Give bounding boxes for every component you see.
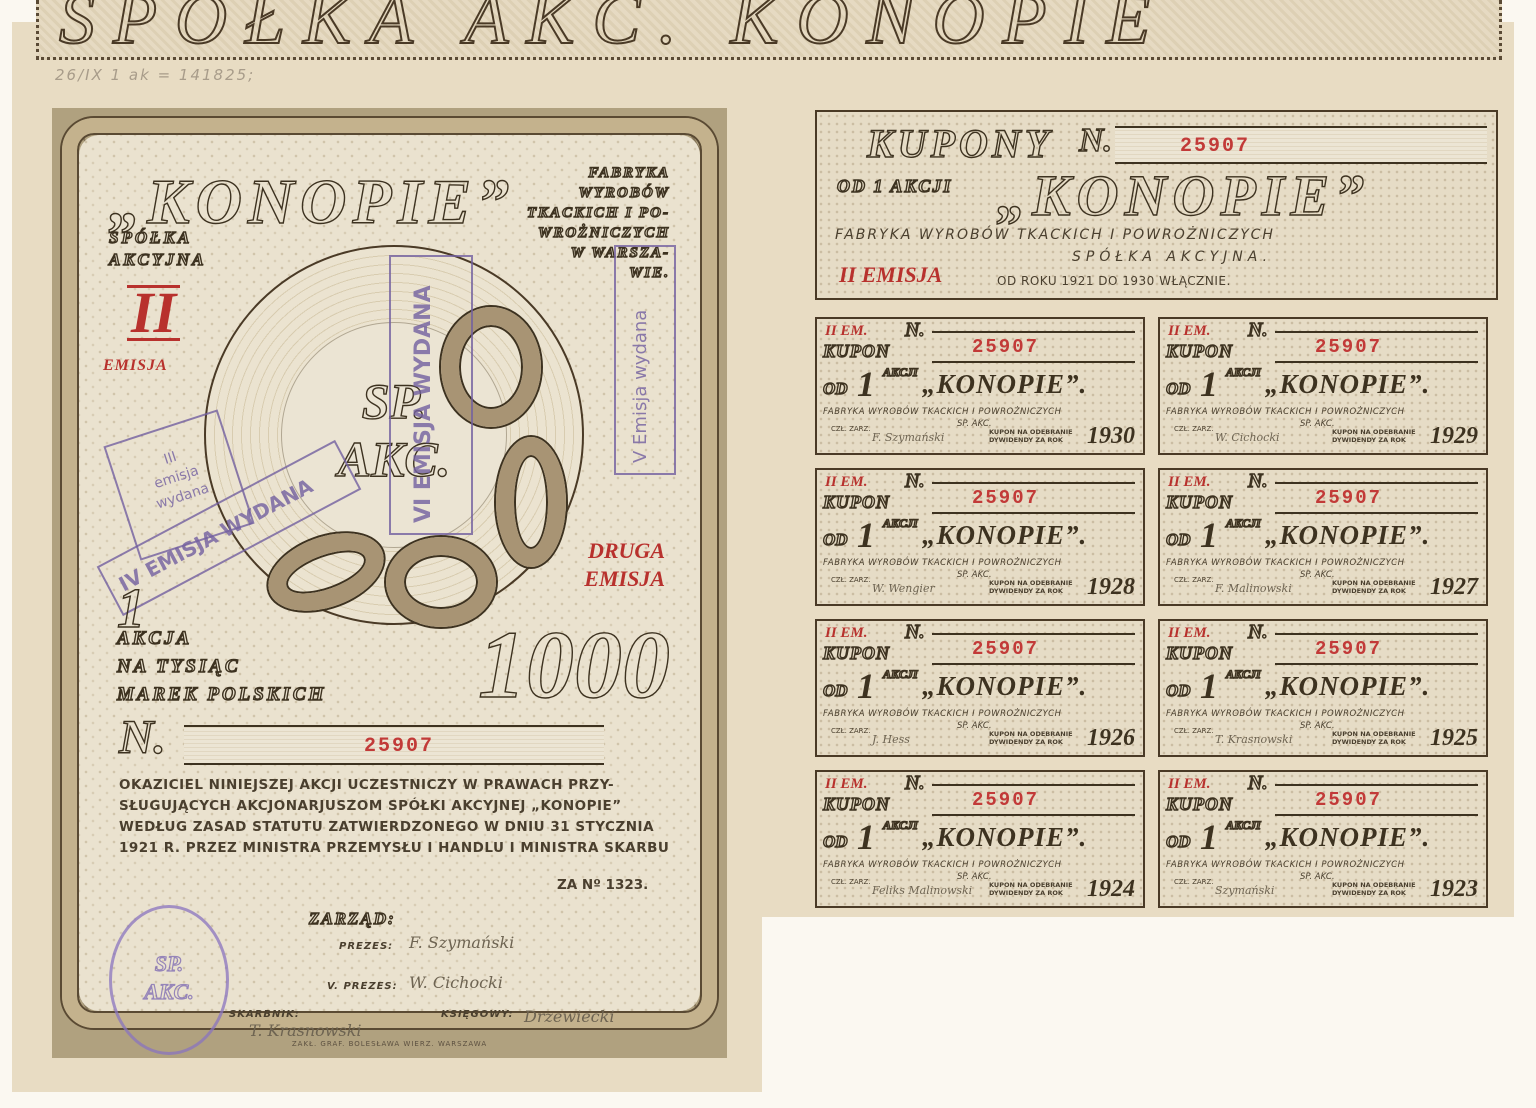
coupon-od: OD: [823, 681, 848, 701]
coupon-board-member-label: CZŁ. ZARZ.: [831, 727, 871, 735]
coupon-fabryka: FABRYKA WYROBÓW TKACKICH I POWROŻNICZYCH: [1166, 860, 1405, 870]
ksiegowy-label: KSIĘGOWY:: [441, 1009, 514, 1020]
ksiegowy-signature: Drzewiecki: [524, 1007, 614, 1026]
coupon-akcji: AKCJI: [883, 818, 918, 833]
coupon-serial: 25907: [972, 487, 1039, 509]
coupon-brand: „KONOPIE”.: [1265, 671, 1430, 702]
serial-number: 25907: [364, 735, 434, 758]
coupon-serial: 25907: [1315, 487, 1382, 509]
share-desc-line: AKCJA: [117, 625, 326, 653]
legal-text: OKAZICIEL NINIEJSZEJ AKCJI UCZESTNICZY W…: [119, 775, 679, 859]
coupon-number-label: N.: [905, 772, 924, 795]
coupon-fabryka: FABRYKA WYROBÓW TKACKICH I POWROŻNICZYCH: [1166, 558, 1405, 568]
coupon-signature: F. Malinowski: [1215, 582, 1292, 595]
coupon-kupon-label: KUPON: [823, 643, 890, 664]
seal-line: AKC.: [112, 978, 226, 1006]
dividend-line: KUPON NA ODEBRANIE: [989, 579, 1073, 587]
dividend-line: KUPON NA ODEBRANIE: [1332, 730, 1416, 738]
coupon-serial-field: 25907: [932, 784, 1135, 816]
coupon-one: 1: [857, 816, 875, 858]
dividend-coupon: II EM. N. KUPON 25907 OD 1 AKCJI „KONOPI…: [1158, 468, 1488, 606]
coupon-dividend-label: KUPON NA ODEBRANIE DYWIDENDY ZA ROK: [989, 730, 1073, 746]
coupon-one: 1: [1200, 514, 1218, 556]
coupon-od: OD: [1166, 832, 1191, 852]
coupon-od: OD: [1166, 681, 1191, 701]
kupony-emission: II EMISJA: [839, 262, 942, 288]
prezes-signature: F. Szymański: [409, 933, 514, 952]
coupon-serial-field: 25907: [1275, 331, 1478, 363]
coupon-fabryka: FABRYKA WYROBÓW TKACKICH I POWROŻNICZYCH: [1166, 709, 1405, 719]
coupon-year: 1923: [1430, 876, 1478, 903]
coupon-emission: II EM.: [1168, 474, 1211, 491]
dividend-line: KUPON NA ODEBRANIE: [1332, 428, 1416, 436]
coupons-header: KUPONY N. 25907 OD 1 AKCJI „KONOPIE” FAB…: [815, 110, 1498, 300]
coupon-fabryka: FABRYKA WYROBÓW TKACKICH I POWROŻNICZYCH: [823, 558, 1062, 568]
dividend-line: KUPON NA ODEBRANIE: [1332, 881, 1416, 889]
dividend-coupon: II EM. N. KUPON 25907 OD 1 AKCJI „KONOPI…: [1158, 619, 1488, 757]
coupon-serial-field: 25907: [1275, 482, 1478, 514]
dividend-line: KUPON NA ODEBRANIE: [989, 730, 1073, 738]
dividend-coupon: II EM. N. KUPON 25907 OD 1 AKCJI „KONOPI…: [815, 468, 1145, 606]
coupon-one: 1: [1200, 665, 1218, 707]
emission-label: EMISJA: [103, 357, 168, 375]
coupon-sp-akc: SP. AKC.: [1300, 419, 1335, 429]
coupon-brand: „KONOPIE”.: [1265, 822, 1430, 853]
skarbnik-signature: T. Krasnowski: [249, 1021, 362, 1040]
top-title-strip: SPÓŁKA AKC. KONOPIE: [36, 0, 1502, 60]
coupon-sp-akc: SP. AKC.: [957, 570, 992, 580]
coupon-akcji: AKCJI: [1226, 818, 1261, 833]
dividend-coupon: II EM. N. KUPON 25907 OD 1 AKCJI „KONOPI…: [815, 317, 1145, 455]
coupon-brand: „KONOPIE”.: [1265, 520, 1430, 551]
stamp-vi-emisja: VI EMISJA WYDANA: [389, 255, 473, 535]
coupon-od: OD: [823, 379, 848, 399]
coupon-board-member-label: CZŁ. ZARZ.: [1174, 425, 1214, 433]
seal-line: SP.: [112, 950, 226, 978]
spolka-akcyjna: SPÓŁKA AKCYJNA: [109, 227, 207, 271]
vprezes-signature: W. Cichocki: [409, 973, 503, 992]
dividend-line: DYWIDENDY ZA ROK: [1332, 738, 1416, 746]
coupon-akcji: AKCJI: [883, 365, 918, 380]
coupon-akcji: AKCJI: [883, 667, 918, 682]
company-seal-icon: SP. AKC.: [109, 905, 229, 1055]
skarbnik-label: SKARBNIK:: [229, 1009, 300, 1020]
coupon-kupon-label: KUPON: [823, 492, 890, 513]
coupon-signature: Szymański: [1215, 884, 1274, 897]
coupon-board-member-label: CZŁ. ZARZ.: [1174, 727, 1214, 735]
coupon-serial-field: 25907: [1275, 633, 1478, 665]
coupon-dividend-label: KUPON NA ODEBRANIE DYWIDENDY ZA ROK: [989, 579, 1073, 595]
coupon-serial-field: 25907: [932, 482, 1135, 514]
coupon-dividend-label: KUPON NA ODEBRANIE DYWIDENDY ZA ROK: [989, 881, 1073, 897]
serial-field: 25907: [184, 725, 604, 765]
statute-number: ZA Nº 1323.: [557, 877, 648, 893]
coupon-emission: II EM.: [1168, 323, 1211, 340]
coupon-board-member-label: CZŁ. ZARZ.: [831, 878, 871, 886]
coupon-year: 1930: [1087, 423, 1135, 450]
coupon-one: 1: [857, 514, 875, 556]
coupon-sp-akc: SP. AKC.: [1300, 570, 1335, 580]
coupon-brand: „KONOPIE”.: [922, 520, 1087, 551]
coupon-year: 1927: [1430, 574, 1478, 601]
dividend-line: DYWIDENDY ZA ROK: [989, 889, 1073, 897]
coupon-akcji: AKCJI: [1226, 516, 1261, 531]
share-description: AKCJA NA TYSIĄC MAREK POLSKICH: [117, 625, 326, 709]
coupon-serial-field: 25907: [932, 633, 1135, 665]
coupon-dividend-label: KUPON NA ODEBRANIE DYWIDENDY ZA ROK: [1332, 428, 1416, 444]
emission-numeral: II: [127, 285, 180, 341]
coupon-signature: F. Szymański: [872, 431, 944, 444]
coupon-number-label: N.: [1248, 470, 1267, 493]
coupon-serial: 25907: [972, 789, 1039, 811]
printer-imprint: ZAKŁ. GRAF. BOLESŁAWA WIERZ. WARSZAWA: [52, 1040, 727, 1048]
coupon-emission: II EM.: [825, 323, 868, 340]
coupon-dividend-label: KUPON NA ODEBRANIE DYWIDENDY ZA ROK: [1332, 730, 1416, 746]
coupon-one: 1: [857, 665, 875, 707]
coupon-fabryka: FABRYKA WYROBÓW TKACKICH I POWROŻNICZYCH: [1166, 407, 1405, 417]
coupon-number-label: N.: [905, 319, 924, 342]
coupon-number-label: N.: [1248, 772, 1267, 795]
denomination: 1000: [478, 615, 670, 715]
druga-emisja: DRUGA EMISJA: [584, 537, 665, 593]
coupon-akcji: AKCJI: [1226, 365, 1261, 380]
coupon-number-label: N.: [1248, 319, 1267, 342]
druga-line: DRUGA: [584, 537, 665, 565]
coupon-one: 1: [857, 363, 875, 405]
stamp-v-emisja: V Emisja wydana: [614, 245, 676, 475]
coupon-od: OD: [1166, 379, 1191, 399]
kupony-spolka: SPÓŁKA AKCYJNA.: [1072, 249, 1272, 265]
coupon-od: OD: [823, 832, 848, 852]
coupon-serial: 25907: [1315, 638, 1382, 660]
kupony-fabryka: FABRYKA WYROBÓW TKACKICH I POWROŻNICZYCH: [835, 227, 1275, 243]
top-strip-text: SPÓŁKA AKC. KONOPIE: [59, 0, 1168, 60]
coupon-number-label: N.: [905, 621, 924, 644]
coupon-year: 1925: [1430, 725, 1478, 752]
coupon-board-member-label: CZŁ. ZARZ.: [1174, 878, 1214, 886]
od-akcji: OD 1 AKCJI: [837, 176, 952, 197]
spolka-line: SPÓŁKA: [109, 227, 207, 249]
coupon-sp-akc: SP. AKC.: [1300, 721, 1335, 731]
coupon-sp-akc: SP. AKC.: [957, 872, 992, 882]
coupon-sp-akc: SP. AKC.: [957, 721, 992, 731]
coupon-year: 1929: [1430, 423, 1478, 450]
coupon-od: OD: [823, 530, 848, 550]
coupon-kupon-label: KUPON: [823, 794, 890, 815]
dividend-line: KUPON NA ODEBRANIE: [989, 881, 1073, 889]
coupon-brand: „KONOPIE”.: [922, 822, 1087, 853]
coupon-board-member-label: CZŁ. ZARZ.: [831, 425, 871, 433]
kupony-brand: „KONOPIE”: [997, 162, 1370, 229]
coupon-serial: 25907: [972, 336, 1039, 358]
kupony-title: KUPONY: [867, 120, 1053, 167]
coupon-brand: „KONOPIE”.: [1265, 369, 1430, 400]
coupon-serial-field: 25907: [932, 331, 1135, 363]
dividend-line: KUPON NA ODEBRANIE: [1332, 579, 1416, 587]
dividend-line: DYWIDENDY ZA ROK: [1332, 889, 1416, 897]
fabryka-line: TKACKICH I PO-: [527, 203, 670, 223]
spolka-line: AKCYJNA: [109, 249, 207, 271]
coupon-serial: 25907: [972, 638, 1039, 660]
coupon-serial: 25907: [1315, 336, 1382, 358]
kupony-years: OD ROKU 1921 DO 1930 WŁĄCZNIE.: [997, 274, 1231, 288]
share-desc-line: NA TYSIĄC: [117, 653, 326, 681]
coupon-emission: II EM.: [1168, 776, 1211, 793]
vprezes-label: V. PREZES:: [327, 981, 398, 992]
coupon-brand: „KONOPIE”.: [922, 369, 1087, 400]
dividend-coupon: II EM. N. KUPON 25907 OD 1 AKCJI „KONOPI…: [815, 770, 1145, 908]
prezes-label: PREZES:: [339, 941, 393, 952]
coupon-one: 1: [1200, 363, 1218, 405]
share-desc-line: MAREK POLSKICH: [117, 681, 326, 709]
coupon-signature: Feliks Malinowski: [872, 884, 972, 897]
druga-line: EMISJA: [584, 565, 665, 593]
coupon-kupon-label: KUPON: [823, 341, 890, 362]
coupon-brand: „KONOPIE”.: [922, 671, 1087, 702]
coupon-signature: W. Cichocki: [1215, 431, 1280, 444]
dividend-line: KUPON NA ODEBRANIE: [989, 428, 1073, 436]
coupon-number-label: N.: [1248, 621, 1267, 644]
certificate-body: „KONOPIE” SPÓŁKA AKCYJNA FABRYKA WYROBÓW…: [79, 135, 700, 1011]
coupon-kupon-label: KUPON: [1166, 643, 1233, 664]
coupon-year: 1928: [1087, 574, 1135, 601]
coupon-kupon-label: KUPON: [1166, 492, 1233, 513]
kupony-serial: 25907: [1180, 135, 1250, 158]
coupon-one: 1: [1200, 816, 1218, 858]
coupon-sp-akc: SP. AKC.: [1300, 872, 1335, 882]
fabryka-line: FABRYKA: [527, 163, 670, 183]
dividend-line: DYWIDENDY ZA ROK: [989, 587, 1073, 595]
coupon-od: OD: [1166, 530, 1191, 550]
dividend-line: DYWIDENDY ZA ROK: [989, 436, 1073, 444]
coupon-signature: J. Hess: [872, 733, 910, 746]
number-label: N.: [119, 710, 166, 765]
coupon-sp-akc: SP. AKC.: [957, 419, 992, 429]
coupon-akcji: AKCJI: [883, 516, 918, 531]
coupon-dividend-label: KUPON NA ODEBRANIE DYWIDENDY ZA ROK: [989, 428, 1073, 444]
coupon-emission: II EM.: [825, 625, 868, 642]
dividend-coupon: II EM. N. KUPON 25907 OD 1 AKCJI „KONOPI…: [1158, 770, 1488, 908]
coupon-board-member-label: CZŁ. ZARZ.: [1174, 576, 1214, 584]
kupony-number-label: N.: [1079, 122, 1112, 160]
dividend-line: DYWIDENDY ZA ROK: [989, 738, 1073, 746]
coupon-year: 1926: [1087, 725, 1135, 752]
coupon-kupon-label: KUPON: [1166, 341, 1233, 362]
board-title: ZARZĄD:: [309, 909, 396, 929]
coupon-number-label: N.: [905, 470, 924, 493]
coupon-akcji: AKCJI: [1226, 667, 1261, 682]
coupon-signature: T. Krasnowski: [1215, 733, 1292, 746]
coupon-fabryka: FABRYKA WYROBÓW TKACKICH I POWROŻNICZYCH: [823, 860, 1062, 870]
coupon-fabryka: FABRYKA WYROBÓW TKACKICH I POWROŻNICZYCH: [823, 709, 1062, 719]
fabryka-line: WYROBÓW: [527, 183, 670, 203]
coupon-signature: W. Wengier: [872, 582, 935, 595]
coupon-serial-field: 25907: [1275, 784, 1478, 816]
coupon-emission: II EM.: [1168, 625, 1211, 642]
seal-text: SP. AKC.: [112, 950, 226, 1006]
dividend-coupon: II EM. N. KUPON 25907 OD 1 AKCJI „KONOPI…: [1158, 317, 1488, 455]
pencil-annotation: 26/IX 1 ak = 141825;: [55, 66, 255, 84]
dividend-line: DYWIDENDY ZA ROK: [1332, 436, 1416, 444]
dividend-line: DYWIDENDY ZA ROK: [1332, 587, 1416, 595]
coupon-dividend-label: KUPON NA ODEBRANIE DYWIDENDY ZA ROK: [1332, 579, 1416, 595]
coupon-fabryka: FABRYKA WYROBÓW TKACKICH I POWROŻNICZYCH: [823, 407, 1062, 417]
coupon-emission: II EM.: [825, 776, 868, 793]
coupon-serial: 25907: [1315, 789, 1382, 811]
fabryka-line: WROŻNICZYCH: [527, 223, 670, 243]
share-certificate: „KONOPIE” SPÓŁKA AKCYJNA FABRYKA WYROBÓW…: [52, 108, 727, 1058]
dividend-coupon: II EM. N. KUPON 25907 OD 1 AKCJI „KONOPI…: [815, 619, 1145, 757]
coupon-year: 1924: [1087, 876, 1135, 903]
coupon-kupon-label: KUPON: [1166, 794, 1233, 815]
coupon-emission: II EM.: [825, 474, 868, 491]
coupon-board-member-label: CZŁ. ZARZ.: [831, 576, 871, 584]
coupon-dividend-label: KUPON NA ODEBRANIE DYWIDENDY ZA ROK: [1332, 881, 1416, 897]
kupony-serial-field: 25907: [1115, 126, 1487, 164]
